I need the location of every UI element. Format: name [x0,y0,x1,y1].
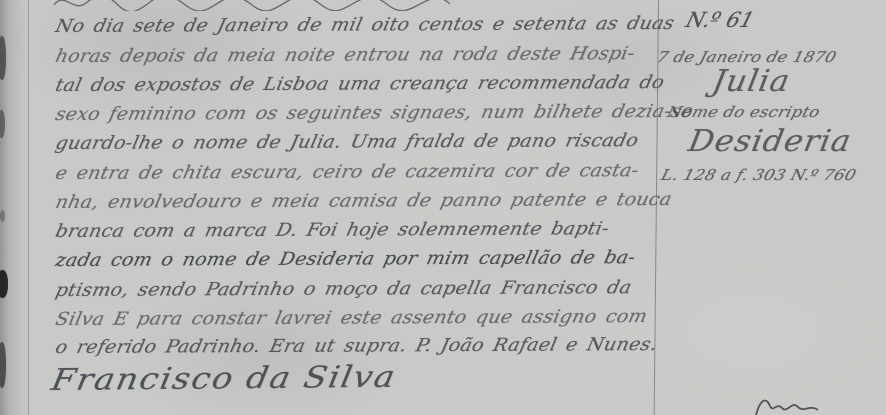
ink-blot [0,342,6,388]
entry-number: N.º 61 [683,8,757,32]
baptismal-name: Desideria [686,124,855,159]
body-line: horas depois da meia noite entrou na rod… [53,43,636,67]
margin-note: Nome do escripto [665,103,822,121]
ink-blot [0,110,5,138]
ink-blot [0,270,8,298]
body-line: guardo-lhe o nome de Julia. Uma fralda d… [53,130,640,154]
cropped-next-entry-strokes [752,392,822,415]
manuscript-page: No dia sete de Janeiro de mil oito cento… [0,0,886,415]
cropped-previous-line-strokes [52,0,452,11]
body-line: nha, envolvedouro e meia camisa de panno… [53,189,673,213]
body-line: tal dos expostos de Lisboa uma creança r… [53,72,666,96]
body-line: ptismo, sendo Padrinho o moço da capella… [53,277,633,301]
left-margin-rule-line [28,0,29,415]
body-line: No dia sete de Janeiro de mil oito cento… [53,13,676,37]
body-line: o referido Padrinho. Era ut supra. P. Jo… [53,334,659,358]
ink-blot [0,210,5,222]
body-line: branca com a marca D. Foi hoje solemneme… [53,218,611,242]
ink-blot [0,36,6,80]
body-line: Silva E para constar lavrei este assento… [53,306,649,330]
signature: Francisco da Silva [48,360,399,398]
body-line: zada com o nome de Desideria por mim cap… [53,247,637,271]
ledger-reference: L. 128 a f. 303 N.º 760 [659,166,858,184]
given-name: Julia [710,64,794,99]
body-line: e entra de chita escura, ceiro de cazemi… [53,160,640,184]
body-line: sexo feminino com os seguintes signaes, … [53,101,694,125]
